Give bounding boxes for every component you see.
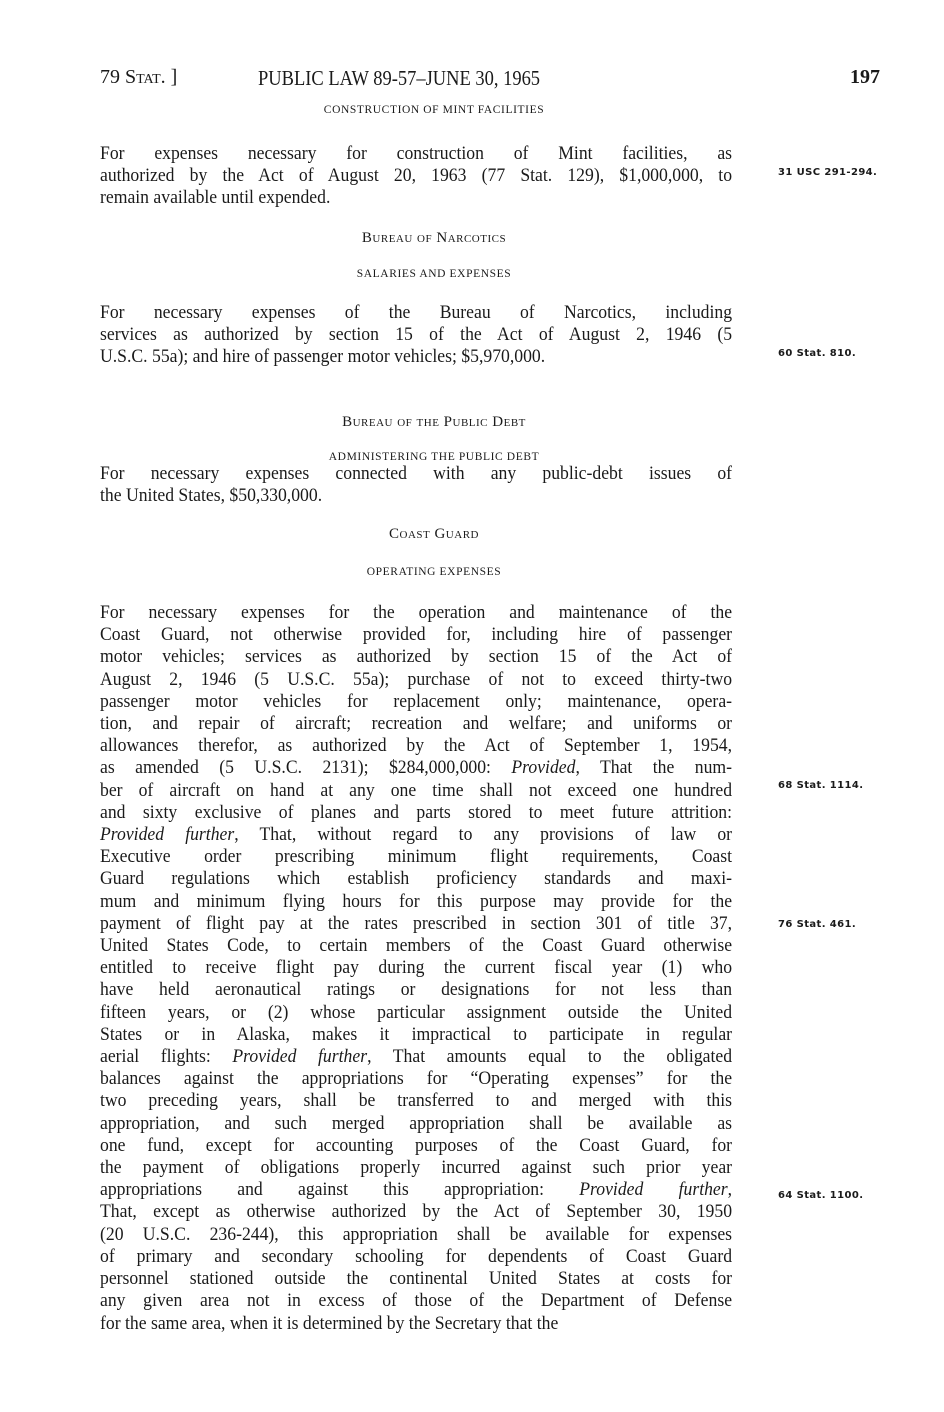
text-line: For expenses necessary for construction … bbox=[100, 143, 732, 165]
text-line: mum and minimum flying hours for this pu… bbox=[100, 891, 732, 913]
document-page: 79 Stat. ] PUBLIC LAW 89-57–JUNE 30, 196… bbox=[0, 0, 944, 1412]
text-line: tion, and repair of aircraft; recreation… bbox=[100, 713, 732, 735]
section-heading: Coast Guard bbox=[118, 526, 750, 543]
section-subheading: OPERATING EXPENSES bbox=[118, 566, 750, 578]
text-line: For necessary expenses connected with an… bbox=[100, 463, 732, 485]
section-subheading: SALARIES AND EXPENSES bbox=[118, 268, 750, 280]
text-line: of primary and secondary schooling for d… bbox=[100, 1246, 732, 1268]
paragraph: For necessary expenses of the Bureau of … bbox=[100, 302, 732, 369]
text-line: appropriation, and such merged appropria… bbox=[100, 1113, 732, 1135]
text-line: Coast Guard, not otherwise provided for,… bbox=[100, 624, 732, 646]
margin-citation: 31 USC 291-294. bbox=[778, 167, 877, 178]
section-subheading: ADMINISTERING THE PUBLIC DEBT bbox=[118, 451, 750, 463]
volume-citation: 79 Stat. ] bbox=[100, 66, 177, 89]
text-line: the payment of obligations properly incu… bbox=[100, 1157, 732, 1179]
text-line: For necessary expenses of the Bureau of … bbox=[100, 302, 732, 324]
paragraph: For necessary expenses for the operation… bbox=[100, 602, 732, 1335]
text-line: passenger motor vehicles for replacement… bbox=[100, 691, 732, 713]
text-line: That, except as otherwise authorized by … bbox=[100, 1201, 732, 1223]
text-line: Executive order prescribing minimum flig… bbox=[100, 846, 732, 868]
text-line: remain available until expended. bbox=[100, 187, 732, 209]
section-heading: Bureau of Narcotics bbox=[118, 230, 750, 247]
paragraph: For necessary expenses connected with an… bbox=[100, 463, 732, 507]
text-line: as amended (5 U.S.C. 2131); $284,000,000… bbox=[100, 757, 732, 779]
text-line: States or in Alaska, makes it impractica… bbox=[100, 1024, 732, 1046]
text-line: payment of flight pay at the rates presc… bbox=[100, 913, 732, 935]
text-line: authorized by the Act of August 20, 1963… bbox=[100, 165, 732, 187]
text-line: motor vehicles; services as authorized b… bbox=[100, 646, 732, 668]
text-line: United States Code, to certain members o… bbox=[100, 935, 732, 957]
section-heading: Bureau of the Public Debt bbox=[118, 414, 750, 431]
margin-citation: 60 Stat. 810. bbox=[778, 348, 856, 359]
text-line: Guard regulations which establish profic… bbox=[100, 868, 732, 890]
text-line: (20 U.S.C. 236-244), this appropriation … bbox=[100, 1224, 732, 1246]
text-line: August 2, 1946 (5 U.S.C. 55a); purchase … bbox=[100, 669, 732, 691]
text-line: entitled to receive flight pay during th… bbox=[100, 957, 732, 979]
text-line: appropriations and against this appropri… bbox=[100, 1179, 732, 1201]
running-head: 79 Stat. ] PUBLIC LAW 89-57–JUNE 30, 196… bbox=[100, 66, 880, 96]
text-line: personnel stationed outside the continen… bbox=[100, 1268, 732, 1290]
text-line: one fund, except for accounting purposes… bbox=[100, 1135, 732, 1157]
section-subheading: CONSTRUCTION OF MINT FACILITIES bbox=[118, 104, 750, 116]
text-line: aerial flights: Provided further, That a… bbox=[100, 1046, 732, 1068]
text-line: two preceding years, shall be transferre… bbox=[100, 1090, 732, 1112]
text-line: have held aeronautical ratings or design… bbox=[100, 979, 732, 1001]
text-line: balances against the appropriations for … bbox=[100, 1068, 732, 1090]
margin-citation: 64 Stat. 1100. bbox=[778, 1190, 863, 1201]
text-line: and sixty exclusive of planes and parts … bbox=[100, 802, 732, 824]
law-title: PUBLIC LAW 89-57–JUNE 30, 1965 bbox=[258, 66, 540, 91]
text-line: services as authorized by section 15 of … bbox=[100, 324, 732, 346]
text-line: fifteen years, or (2) whose particular a… bbox=[100, 1002, 732, 1024]
text-line: For necessary expenses for the operation… bbox=[100, 602, 732, 624]
text-line: allowances therefor, as authorized by th… bbox=[100, 735, 732, 757]
text-line: U.S.C. 55a); and hire of passenger motor… bbox=[100, 346, 732, 368]
paragraph: For expenses necessary for construction … bbox=[100, 143, 732, 210]
text-line: the United States, $50,330,000. bbox=[100, 485, 732, 507]
text-line: any given area not in excess of those of… bbox=[100, 1290, 732, 1312]
text-line: Provided further, That, without regard t… bbox=[100, 824, 732, 846]
text-line: ber of aircraft on hand at any one time … bbox=[100, 780, 732, 802]
text-line: for the same area, when it is determined… bbox=[100, 1313, 732, 1335]
margin-citation: 76 Stat. 461. bbox=[778, 919, 856, 930]
page-number: 197 bbox=[850, 66, 880, 89]
margin-citation: 68 Stat. 1114. bbox=[778, 780, 863, 791]
